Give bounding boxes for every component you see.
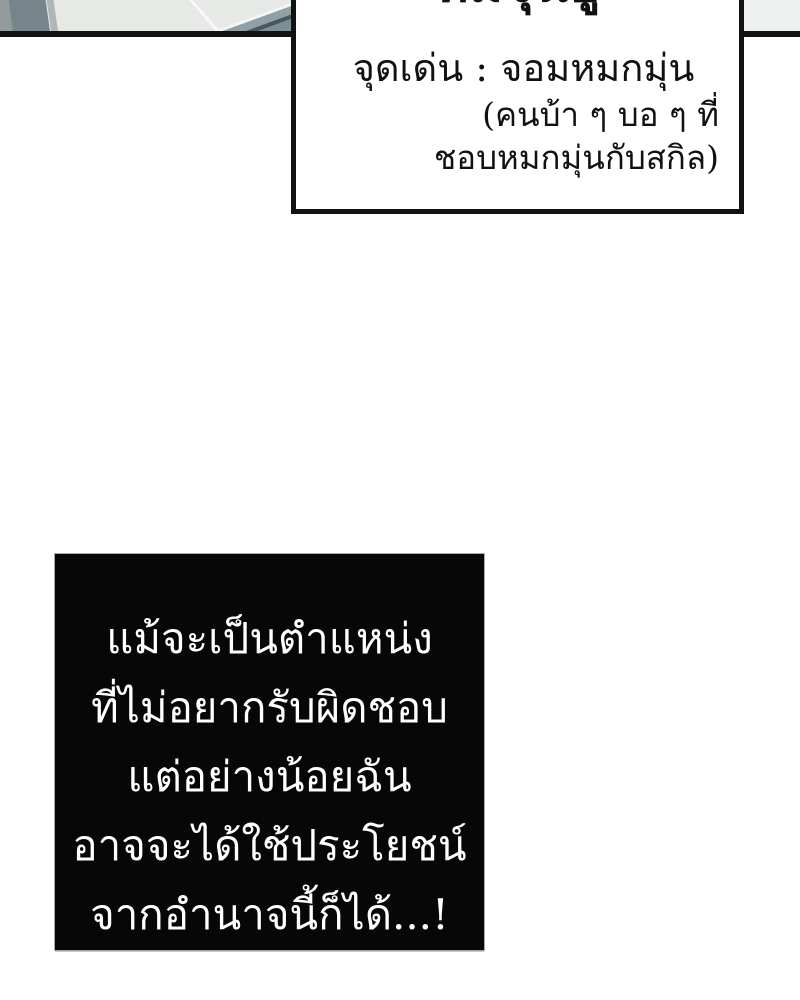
roof-edge-shape <box>188 0 300 31</box>
narration-line-3: แต่อย่างน้อยฉัน <box>55 742 484 811</box>
trait-line: จุดเด่น : จอมหมกมุ่น <box>296 45 739 91</box>
webtoon-page: หมจุนอู จุดเด่น : จอมหมกมุ่น (คนบ้า ๆ บอ… <box>0 0 800 1000</box>
trait-note-line-2: ชอบหมกมุ่นกับสกิล) <box>296 136 739 180</box>
trait-note-line-1: (คนบ้า ๆ บอ ๆ ที่ <box>296 93 739 137</box>
wall-shade-band-dark <box>8 0 51 31</box>
character-profile-card: หมจุนอู จุดเด่น : จอมหมกมุ่น (คนบ้า ๆ บอ… <box>291 0 744 214</box>
narration-line-2: ที่ไม่อยากรับผิดชอบ <box>55 673 484 742</box>
narration-text: แม้จะเป็นตำแหน่ง ที่ไม่อยากรับผิดชอบ แต่… <box>55 604 484 949</box>
scene-right-panel <box>742 0 800 31</box>
narration-box: แม้จะเป็นตำแหน่ง ที่ไม่อยากรับผิดชอบ แต่… <box>55 554 484 950</box>
roof-edge-region <box>188 0 300 31</box>
narration-line-5: จากอำนาจนี้ก็ได้...! <box>55 880 484 949</box>
narration-line-4: อาจจะได้ใช้ประโยชน์ <box>55 811 484 880</box>
narration-line-1: แม้จะเป็นตำแหน่ง <box>55 604 484 673</box>
character-name-cropped: หมจุนอู <box>296 0 739 16</box>
